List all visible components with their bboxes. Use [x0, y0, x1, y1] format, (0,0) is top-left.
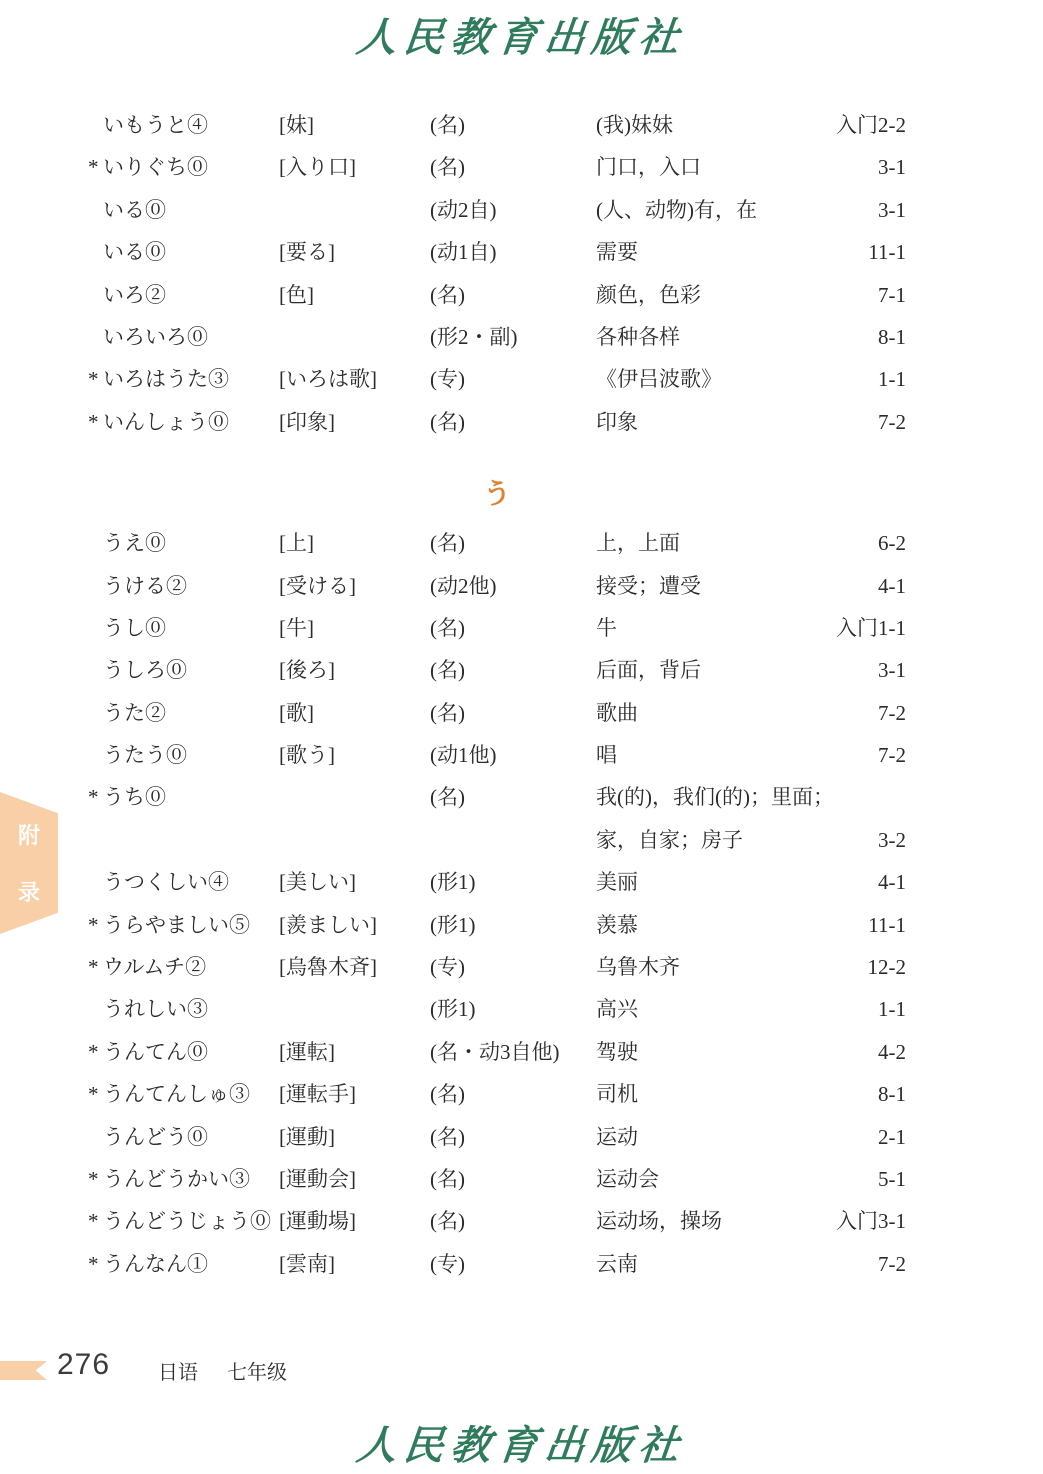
- vocab-row: うし⓪[牛](名)牛入门1-1: [88, 607, 906, 649]
- star-marker: [88, 692, 103, 734]
- appendix-tab-char-2: 录: [18, 876, 40, 907]
- word-kana: うた②: [103, 692, 279, 734]
- meaning: 高兴: [596, 988, 878, 1030]
- meaning: 颜色，色彩: [596, 274, 878, 316]
- vocab-row: うける②[受ける](动2他)接受；遭受4-1: [88, 565, 906, 607]
- vocab-row: いもうと④[妹](名)(我)妹妹入门2-2: [88, 104, 906, 146]
- word-kana: いりぐち⓪: [103, 146, 279, 188]
- vocab-row: *いろはうた③[いろは歌](专)《伊吕波歌》1-1: [88, 358, 906, 400]
- meaning-line: (人、动物)有，在: [596, 189, 878, 231]
- word-kanji: [279, 316, 430, 358]
- book-subject: 日语: [158, 1362, 198, 1384]
- meaning-line: 《伊吕波歌》: [596, 358, 878, 400]
- star-marker: [88, 231, 103, 273]
- meaning: 接受；遭受: [596, 565, 878, 607]
- meaning-line: 羡慕: [596, 904, 868, 946]
- part-of-speech: (动1他): [430, 734, 596, 776]
- word-kana: うんてんしゅ③: [103, 1073, 279, 1115]
- vocab-row: *うんなん①[雲南](专)云南7-2: [88, 1243, 906, 1285]
- footer-ribbon: [0, 1361, 47, 1380]
- word-kanji: [上]: [279, 522, 430, 564]
- part-of-speech: (名・动3自他): [430, 1031, 596, 1073]
- part-of-speech: (名): [430, 1073, 596, 1115]
- star-marker: [88, 565, 103, 607]
- lesson-ref: 3-1: [878, 649, 906, 691]
- word-kana: いろいろ⓪: [103, 316, 279, 358]
- word-kana: いろ②: [103, 274, 279, 316]
- word-kanji: [いろは歌]: [279, 358, 430, 400]
- word-kana: いる⓪: [103, 189, 279, 231]
- part-of-speech: (专): [430, 1243, 596, 1285]
- vocab-row: うんどう⓪[運動](名)运动2-1: [88, 1116, 906, 1158]
- meaning-line: 歌曲: [596, 692, 878, 734]
- word-kana: ウルムチ②: [103, 946, 279, 988]
- word-kanji: [雲南]: [279, 1243, 430, 1285]
- part-of-speech: (动2他): [430, 565, 596, 607]
- lesson-ref: 入门3-1: [836, 1200, 906, 1242]
- meaning-line: 高兴: [596, 988, 878, 1030]
- word-kanji: [受ける]: [279, 565, 430, 607]
- word-kanji: [美しい]: [279, 861, 430, 903]
- appendix-tab: 附 录: [0, 792, 58, 934]
- meaning-line: 驾驶: [596, 1031, 878, 1073]
- star-marker: *: [88, 1031, 103, 1073]
- word-kana: うち⓪: [103, 776, 279, 861]
- lesson-ref: 3-1: [878, 189, 906, 231]
- meaning-line: 后面，背后: [596, 649, 878, 691]
- part-of-speech: (专): [430, 946, 596, 988]
- word-kanji: [運動場]: [279, 1200, 430, 1242]
- meaning-line: 美丽: [596, 861, 878, 903]
- star-marker: [88, 649, 103, 691]
- part-of-speech: (形1): [430, 988, 596, 1030]
- vocab-row: うつくしい④[美しい](形1)美丽4-1: [88, 861, 906, 903]
- lesson-ref: 6-2: [878, 522, 906, 564]
- lesson-ref: 7-2: [878, 734, 906, 776]
- meaning-line: 上，上面: [596, 522, 878, 564]
- meaning-line: 印象: [596, 401, 878, 443]
- word-kana: うし⓪: [103, 607, 279, 649]
- vocab-row: *うんどうかい③[運動会](名)运动会5-1: [88, 1158, 906, 1200]
- lesson-ref: 入门1-1: [836, 607, 906, 649]
- part-of-speech: (名): [430, 692, 596, 734]
- word-kanji: [色]: [279, 274, 430, 316]
- meaning-line: (我)妹妹: [596, 104, 836, 146]
- star-marker: *: [88, 146, 103, 188]
- meaning: 羡慕: [596, 904, 868, 946]
- meaning-line: 接受；遭受: [596, 565, 878, 607]
- lesson-ref: 4-1: [878, 565, 906, 607]
- appendix-tab-char-1: 附: [18, 819, 40, 850]
- star-marker: *: [88, 1158, 103, 1200]
- star-marker: *: [88, 401, 103, 443]
- word-kanji: [要る]: [279, 231, 430, 273]
- lesson-ref: 11-1: [868, 231, 906, 273]
- lesson-ref: 4-2: [878, 1031, 906, 1073]
- meaning: 运动: [596, 1116, 878, 1158]
- meaning: 牛: [596, 607, 836, 649]
- meaning: (我)妹妹: [596, 104, 836, 146]
- meaning-line: 需要: [596, 231, 868, 273]
- meaning: 我(的)，我们(的)；里面；家，自家；房子: [596, 776, 878, 861]
- vocab-row: *うち⓪(名)我(的)，我们(的)；里面；家，自家；房子3-2: [88, 776, 906, 861]
- vocab-row: *うんどうじょう⓪[運動場](名)运动场，操场入门3-1: [88, 1200, 906, 1242]
- part-of-speech: (名): [430, 522, 596, 564]
- star-marker: [88, 861, 103, 903]
- vocab-row: *うんてんしゅ③[運転手](名)司机8-1: [88, 1073, 906, 1115]
- word-kana: いる⓪: [103, 231, 279, 273]
- word-kana: うんなん①: [103, 1243, 279, 1285]
- vocab-row: いろ②[色](名)颜色，色彩7-1: [88, 274, 906, 316]
- word-kana: いもうと④: [103, 104, 279, 146]
- word-kana: いんしょう⓪: [103, 401, 279, 443]
- meaning: 云南: [596, 1243, 878, 1285]
- part-of-speech: (名): [430, 776, 596, 861]
- star-marker: *: [88, 1200, 103, 1242]
- meaning-line: 门口，入口: [596, 146, 878, 188]
- lesson-ref: 12-2: [868, 946, 907, 988]
- lesson-ref: 8-1: [878, 316, 906, 358]
- word-kana: うんどう⓪: [103, 1116, 279, 1158]
- part-of-speech: (动2自): [430, 189, 596, 231]
- star-marker: *: [88, 1243, 103, 1285]
- lesson-ref: 7-2: [878, 401, 906, 443]
- page-number: 276: [57, 1348, 110, 1382]
- part-of-speech: (名): [430, 1116, 596, 1158]
- meaning-line: 运动场，操场: [596, 1200, 836, 1242]
- meaning: (人、动物)有，在: [596, 189, 878, 231]
- lesson-ref: 5-1: [878, 1158, 906, 1200]
- lesson-ref: 1-1: [878, 358, 906, 400]
- book-grade: 七年级: [227, 1362, 287, 1384]
- vocab-row: うえ⓪[上](名)上，上面6-2: [88, 522, 906, 564]
- word-kanji: [歌]: [279, 692, 430, 734]
- word-kanji: [歌う]: [279, 734, 430, 776]
- meaning-line: 运动会: [596, 1158, 878, 1200]
- textbook-page: 人民教育出版社 いもうと④[妹](名)(我)妹妹入门2-2*いりぐち⓪[入り口]…: [0, 0, 1043, 1474]
- vocab-row: うれしい③(形1)高兴1-1: [88, 988, 906, 1030]
- word-kana: うらやましい⑤: [103, 904, 279, 946]
- lesson-ref: 4-1: [878, 861, 906, 903]
- star-marker: [88, 274, 103, 316]
- part-of-speech: (名): [430, 649, 596, 691]
- word-kanji: [運動会]: [279, 1158, 430, 1200]
- part-of-speech: (名): [430, 607, 596, 649]
- meaning-line: 我(的)，我们(的)；里面；: [596, 776, 878, 818]
- word-kanji: [279, 189, 430, 231]
- section-header-u: う: [88, 443, 906, 522]
- meaning-line: 司机: [596, 1073, 878, 1115]
- star-marker: *: [88, 358, 103, 400]
- word-kanji: [牛]: [279, 607, 430, 649]
- vocab-row: うた②[歌](名)歌曲7-2: [88, 692, 906, 734]
- part-of-speech: (名): [430, 1158, 596, 1200]
- part-of-speech: (形1): [430, 904, 596, 946]
- star-marker: [88, 104, 103, 146]
- star-marker: *: [88, 776, 103, 861]
- word-kanji: [羨ましい]: [279, 904, 430, 946]
- word-kanji: [運転手]: [279, 1073, 430, 1115]
- vocab-row: *ウルムチ②[烏魯木斉](专)乌鲁木齐12-2: [88, 946, 906, 988]
- vocab-row: *うらやましい⑤[羨ましい](形1)羡慕11-1: [88, 904, 906, 946]
- lesson-ref: 3-2: [878, 819, 906, 861]
- vocab-row: *いりぐち⓪[入り口](名)门口，入口3-1: [88, 146, 906, 188]
- word-kanji: [279, 776, 430, 861]
- meaning-line: 运动: [596, 1116, 878, 1158]
- meaning: 驾驶: [596, 1031, 878, 1073]
- lesson-ref: 11-1: [868, 904, 906, 946]
- star-marker: [88, 316, 103, 358]
- word-kanji: [印象]: [279, 401, 430, 443]
- meaning: 乌鲁木齐: [596, 946, 868, 988]
- word-kana: いろはうた③: [103, 358, 279, 400]
- star-marker: [88, 607, 103, 649]
- section-i-rows: いもうと④[妹](名)(我)妹妹入门2-2*いりぐち⓪[入り口](名)门口，入口…: [88, 104, 906, 443]
- meaning: 上，上面: [596, 522, 878, 564]
- meaning: 各种各样: [596, 316, 878, 358]
- meaning: 运动场，操场: [596, 1200, 836, 1242]
- section-u-rows: うえ⓪[上](名)上，上面6-2うける②[受ける](动2他)接受；遭受4-1うし…: [88, 522, 906, 1285]
- lesson-ref: 8-1: [878, 1073, 906, 1115]
- meaning: 歌曲: [596, 692, 878, 734]
- part-of-speech: (专): [430, 358, 596, 400]
- meaning: 需要: [596, 231, 868, 273]
- word-kana: うれしい③: [103, 988, 279, 1030]
- lesson-ref: 1-1: [878, 988, 906, 1030]
- word-kanji: [妹]: [279, 104, 430, 146]
- star-marker: *: [88, 904, 103, 946]
- vocab-row: うしろ⓪[後ろ](名)后面，背后3-1: [88, 649, 906, 691]
- vocab-row: いる⓪[要る](动1自)需要11-1: [88, 231, 906, 273]
- part-of-speech: (名): [430, 274, 596, 316]
- lesson-ref: 2-1: [878, 1116, 906, 1158]
- meaning: 后面，背后: [596, 649, 878, 691]
- meaning: 唱: [596, 734, 878, 776]
- meaning-line: 乌鲁木齐: [596, 946, 868, 988]
- word-kanji: [279, 988, 430, 1030]
- word-kana: うける②: [103, 565, 279, 607]
- publisher-logo-top: 人民教育出版社: [0, 6, 1043, 63]
- word-kana: うつくしい④: [103, 861, 279, 903]
- meaning: 运动会: [596, 1158, 878, 1200]
- lesson-ref: 7-2: [878, 692, 906, 734]
- word-kanji: [入り口]: [279, 146, 430, 188]
- word-kana: うんてん⓪: [103, 1031, 279, 1073]
- part-of-speech: (形2・副): [430, 316, 596, 358]
- meaning-line: 家，自家；房子: [596, 819, 878, 861]
- book-title: 日语 七年级: [158, 1356, 287, 1385]
- star-marker: *: [88, 946, 103, 988]
- word-kana: うえ⓪: [103, 522, 279, 564]
- meaning-line: 云南: [596, 1243, 878, 1285]
- vocab-row: *いんしょう⓪[印象](名)印象7-2: [88, 401, 906, 443]
- word-kana: うしろ⓪: [103, 649, 279, 691]
- star-marker: [88, 1116, 103, 1158]
- vocab-row: *うんてん⓪[運転](名・动3自他)驾驶4-2: [88, 1031, 906, 1073]
- part-of-speech: (名): [430, 1200, 596, 1242]
- vocab-row: うたう⓪[歌う](动1他)唱7-2: [88, 734, 906, 776]
- meaning-line: 唱: [596, 734, 878, 776]
- meaning: 司机: [596, 1073, 878, 1115]
- lesson-ref: 3-1: [878, 146, 906, 188]
- star-marker: [88, 988, 103, 1030]
- star-marker: [88, 189, 103, 231]
- meaning-line: 各种各样: [596, 316, 878, 358]
- part-of-speech: (动1自): [430, 231, 596, 273]
- part-of-speech: (名): [430, 104, 596, 146]
- lesson-ref: 7-1: [878, 274, 906, 316]
- word-kanji: [烏魯木斉]: [279, 946, 430, 988]
- part-of-speech: (名): [430, 401, 596, 443]
- part-of-speech: (形1): [430, 861, 596, 903]
- star-marker: [88, 522, 103, 564]
- meaning-line: 牛: [596, 607, 836, 649]
- vocab-row: いる⓪(动2自)(人、动物)有，在3-1: [88, 189, 906, 231]
- word-kanji: [後ろ]: [279, 649, 430, 691]
- star-marker: [88, 734, 103, 776]
- meaning: 印象: [596, 401, 878, 443]
- word-kanji: [運動]: [279, 1116, 430, 1158]
- lesson-ref: 入门2-2: [836, 104, 906, 146]
- vocabulary-list: いもうと④[妹](名)(我)妹妹入门2-2*いりぐち⓪[入り口](名)门口，入口…: [88, 104, 906, 1285]
- part-of-speech: (名): [430, 146, 596, 188]
- word-kanji: [運転]: [279, 1031, 430, 1073]
- star-marker: *: [88, 1073, 103, 1115]
- vocab-row: いろいろ⓪(形2・副)各种各样8-1: [88, 316, 906, 358]
- meaning: 美丽: [596, 861, 878, 903]
- word-kana: うんどうじょう⓪: [103, 1200, 279, 1242]
- meaning: 《伊吕波歌》: [596, 358, 878, 400]
- word-kana: うたう⓪: [103, 734, 279, 776]
- meaning-line: 颜色，色彩: [596, 274, 878, 316]
- publisher-logo-bottom: 人民教育出版社: [0, 1414, 1043, 1471]
- lesson-ref: 7-2: [878, 1243, 906, 1285]
- meaning: 门口，入口: [596, 146, 878, 188]
- word-kana: うんどうかい③: [103, 1158, 279, 1200]
